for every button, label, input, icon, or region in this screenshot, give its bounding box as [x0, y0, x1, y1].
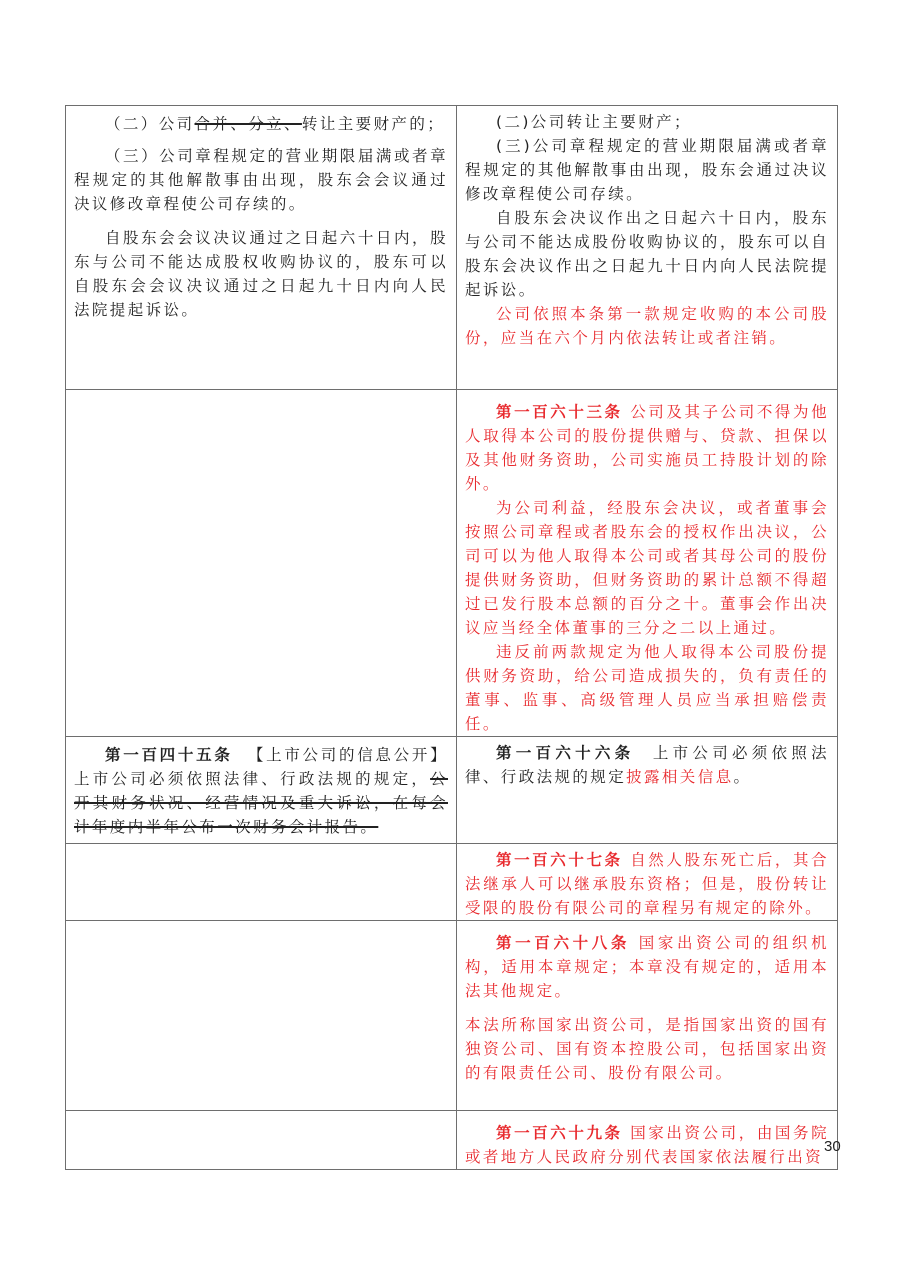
text: 。: [734, 768, 752, 786]
text: 转让主要财产的；: [302, 115, 445, 133]
article-168: 第一百六十八条 国家出资公司的组织机构，适用本章规定；本章没有规定的，适用本法其…: [465, 931, 829, 1003]
text: 上市公司必须依照法律、行政法规的规定，: [74, 770, 430, 788]
old-clause-3: （三）公司章程规定的营业期限届满或者章程规定的其他解散事由出现，股东会会议通过决…: [74, 144, 448, 216]
deleted-text: 合并、分立、: [195, 115, 302, 133]
new-clause-2: (二)公司转让主要财产；: [465, 110, 829, 134]
page-number: 30: [824, 1138, 841, 1155]
article-title: 【上市公司的信息公开】: [248, 746, 448, 764]
article-number: 第一百四十五条: [105, 746, 233, 764]
new-text-cell: 第一百六十八条 国家出资公司的组织机构，适用本章规定；本章没有规定的，适用本法其…: [457, 921, 838, 1111]
old-text-cell-empty: [66, 390, 457, 737]
old-text-cell-empty: [66, 844, 457, 921]
old-text-cell: （二）公司合并、分立、转让主要财产的； （三）公司章程规定的营业期限届满或者章程…: [66, 106, 457, 390]
old-text-cell-empty: [66, 1111, 457, 1170]
text: （二）公司: [105, 115, 195, 133]
table-row: （二）公司合并、分立、转让主要财产的； （三）公司章程规定的营业期限届满或者章程…: [66, 106, 838, 390]
article-number: 第一百六十九条: [496, 1124, 623, 1142]
table-row: 第一百六十八条 国家出资公司的组织机构，适用本章规定；本章没有规定的，适用本法其…: [66, 921, 838, 1111]
article-number: 第一百六十六条: [496, 744, 634, 762]
article-169: 第一百六十九条 国家出资公司，由国务院或者地方人民政府分别代表国家依法履行出资: [465, 1121, 829, 1169]
article-163-para-2: 为公司利益，经股东会决议，或者董事会按照公司章程或者股东会的授权作出决议，公司可…: [465, 496, 829, 640]
article-163: 第一百六十三条 公司及其子公司不得为他人取得本公司的股份提供赠与、贷款、担保以及…: [465, 400, 829, 496]
table-row: 第一百六十九条 国家出资公司，由国务院或者地方人民政府分别代表国家依法履行出资: [66, 1111, 838, 1170]
article-number: 第一百六十八条: [496, 934, 630, 952]
table-row: 第一百六十七条 自然人股东死亡后，其合法继承人可以继承股东资格；但是，股份转让受…: [66, 844, 838, 921]
old-text-cell-empty: [66, 921, 457, 1111]
comparison-table: （二）公司合并、分立、转让主要财产的； （三）公司章程规定的营业期限届满或者章程…: [65, 105, 838, 1170]
table-row: 第一百四十五条 【上市公司的信息公开】上市公司必须依照法律、行政法规的规定，公开…: [66, 737, 838, 844]
old-paragraph-lawsuit: 自股东会会议决议通过之日起六十日内，股东与公司不能达成股权收购协议的，股东可以自…: [74, 226, 448, 322]
added-paragraph: 公司依照本条第一款规定收购的本公司股份，应当在六个月内依法转让或者注销。: [465, 302, 829, 350]
new-text-cell: (二)公司转让主要财产； (三)公司章程规定的营业期限届满或者章程规定的其他解散…: [457, 106, 838, 390]
article-168-para-2: 本法所称国家出资公司，是指国家出资的国有独资公司、国有资本控股公司，包括国家出资…: [465, 1013, 829, 1085]
article-167: 第一百六十七条 自然人股东死亡后，其合法继承人可以继承股东资格；但是，股份转让受…: [465, 848, 829, 920]
added-text: 披露相关信息: [626, 768, 733, 786]
new-text-cell: 第一百六十三条 公司及其子公司不得为他人取得本公司的股份提供赠与、贷款、担保以及…: [457, 390, 838, 737]
new-paragraph-lawsuit: 自股东会决议作出之日起六十日内，股东与公司不能达成股份收购协议的，股东可以自股东…: [465, 206, 829, 302]
article-145: 第一百四十五条 【上市公司的信息公开】上市公司必须依照法律、行政法规的规定，公开…: [74, 743, 448, 839]
table-row: 第一百六十三条 公司及其子公司不得为他人取得本公司的股份提供赠与、贷款、担保以及…: [66, 390, 838, 737]
new-clause-3: (三)公司章程规定的营业期限届满或者章程规定的其他解散事由出现，股东会通过决议修…: [465, 134, 829, 206]
document-page: （二）公司合并、分立、转让主要财产的； （三）公司章程规定的营业期限届满或者章程…: [0, 0, 900, 1273]
new-text-cell: 第一百六十七条 自然人股东死亡后，其合法继承人可以继承股东资格；但是，股份转让受…: [457, 844, 838, 921]
old-clause-2: （二）公司合并、分立、转让主要财产的；: [74, 112, 448, 136]
article-number: 第一百六十七条: [496, 851, 623, 869]
new-text-cell: 第一百六十六条 上市公司必须依照法律、行政法规的规定披露相关信息。: [457, 737, 838, 844]
article-number: 第一百六十三条: [496, 403, 623, 421]
article-163-para-3: 违反前两款规定为他人取得本公司股份提供财务资助，给公司造成损失的，负有责任的董事…: [465, 640, 829, 736]
old-text-cell: 第一百四十五条 【上市公司的信息公开】上市公司必须依照法律、行政法规的规定，公开…: [66, 737, 457, 844]
article-166: 第一百六十六条 上市公司必须依照法律、行政法规的规定披露相关信息。: [465, 741, 829, 789]
new-text-cell: 第一百六十九条 国家出资公司，由国务院或者地方人民政府分别代表国家依法履行出资: [457, 1111, 838, 1170]
